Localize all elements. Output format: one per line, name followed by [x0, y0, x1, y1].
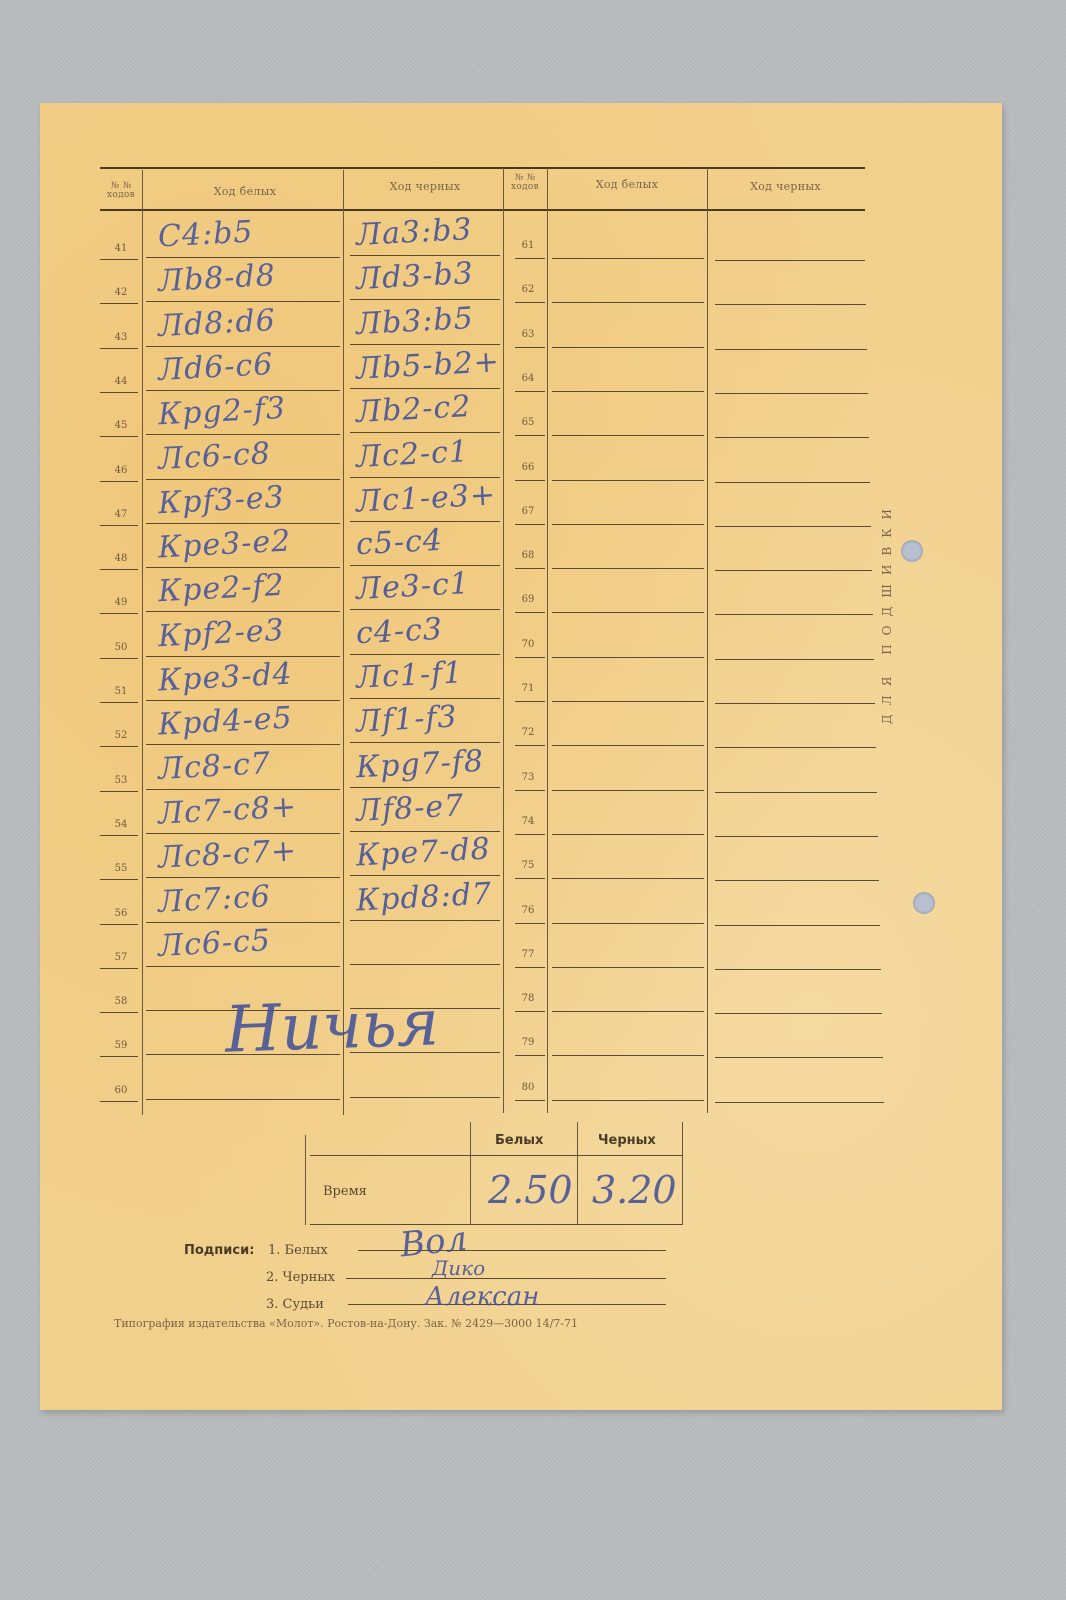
left-row-num-rule [100, 436, 138, 437]
black-move: Крd8:d7 [355, 876, 493, 918]
right-row-white-rule [552, 1100, 704, 1101]
white-move: Лc6-c8 [157, 436, 272, 477]
right-row-black-rule [715, 659, 874, 660]
right-row-number: 65 [513, 417, 543, 428]
time-box-right-line [682, 1122, 683, 1225]
black-move: Лe3-c1 [355, 566, 471, 607]
signature-black-line [346, 1278, 666, 1279]
right-row-white-rule [552, 435, 704, 436]
left-row-black-rule [350, 698, 500, 699]
left-row-number: 44 [106, 376, 136, 387]
right-row-num-rule [515, 967, 545, 968]
black-move: Лf8-e7 [355, 788, 465, 829]
left-row-number: 51 [106, 686, 136, 697]
left-row-number: 49 [106, 597, 136, 608]
time-white-value: 2.50 [488, 1168, 573, 1212]
right-row-num-rule [515, 480, 545, 481]
col-line-2 [343, 170, 344, 1115]
right-row-num-rule [515, 834, 545, 835]
right-row-black-rule [715, 260, 865, 261]
left-row-num-rule [100, 1012, 138, 1013]
white-move: Крe3-d4 [157, 656, 293, 698]
right-row-white-rule [552, 878, 704, 879]
left-row-number: 50 [106, 642, 136, 653]
right-row-number: 78 [513, 993, 543, 1004]
black-move: Лb2-c2 [355, 389, 472, 430]
left-row-num-rule [100, 569, 138, 570]
left-row-num-rule [100, 392, 138, 393]
left-row-num-rule [100, 1056, 138, 1057]
right-row-number: 67 [513, 506, 543, 517]
left-row-black-rule [350, 920, 500, 921]
black-move: Лd3-b3 [355, 256, 474, 297]
right-row-white-rule [552, 745, 704, 746]
left-row-white-rule [146, 523, 340, 524]
right-row-number: 73 [513, 772, 543, 783]
black-move: c5-c4 [355, 523, 444, 563]
left-row-white-rule [146, 611, 340, 612]
right-row-num-rule [515, 302, 545, 303]
left-row-black-rule [350, 432, 500, 433]
header-right-white: Ход белых [548, 178, 706, 191]
left-row-black-rule [350, 255, 500, 256]
binding-hole-bottom [913, 892, 935, 914]
right-row-black-rule [715, 792, 877, 793]
right-row-num-rule [515, 1011, 545, 1012]
left-row-white-rule [146, 257, 340, 258]
left-row-num-rule [100, 613, 138, 614]
right-row-white-rule [552, 923, 704, 924]
left-row-black-rule [350, 654, 500, 655]
left-row-white-rule [146, 833, 340, 834]
right-row-black-rule [715, 747, 876, 748]
right-row-white-rule [552, 391, 704, 392]
left-row-number: 47 [106, 509, 136, 520]
right-row-number: 75 [513, 860, 543, 871]
black-move: c4-c3 [355, 611, 444, 651]
right-row-num-rule [515, 568, 545, 569]
left-row-black-rule [350, 565, 500, 566]
right-row-black-rule [715, 880, 879, 881]
left-row-number: 58 [106, 996, 136, 1007]
right-row-black-rule [715, 925, 880, 926]
left-row-num-rule [100, 968, 138, 969]
right-row-white-rule [552, 258, 704, 259]
left-row-number: 57 [106, 952, 136, 963]
black-move: Лc1-e3+ [355, 477, 497, 519]
right-row-white-rule [552, 480, 704, 481]
right-row-number: 71 [513, 683, 543, 694]
left-row-white-rule [146, 966, 340, 967]
left-row-num-rule [100, 879, 138, 880]
signature-black-label: 2. Черных [266, 1270, 335, 1285]
left-row-number: 41 [106, 243, 136, 254]
white-move: Лc7-c8+ [157, 789, 298, 831]
header-left-white: Ход белых [145, 185, 345, 198]
result-handwritten: Ничья [224, 986, 441, 1067]
time-box-header-rule [310, 1155, 682, 1156]
left-row-number: 60 [106, 1085, 136, 1096]
binding-hole-top [901, 540, 923, 562]
left-row-num-rule [100, 702, 138, 703]
left-row-number: 56 [106, 908, 136, 919]
right-row-black-rule [715, 836, 878, 837]
right-row-number: 66 [513, 462, 543, 473]
time-label: Время [323, 1184, 367, 1199]
left-row-white-rule [146, 656, 340, 657]
white-move: Крe3-e2 [157, 524, 292, 566]
right-row-num-rule [515, 923, 545, 924]
left-row-white-rule [146, 1099, 340, 1100]
right-row-num-rule [515, 745, 545, 746]
left-row-number: 45 [106, 420, 136, 431]
right-row-num-rule [515, 524, 545, 525]
left-row-num-rule [100, 791, 138, 792]
right-row-num-rule [515, 435, 545, 436]
left-row-white-rule [146, 434, 340, 435]
signature-judge: Алексан [425, 1282, 539, 1312]
time-box-mid-line-2 [577, 1122, 578, 1225]
right-row-black-rule [715, 1057, 883, 1058]
black-move: Лb3:b5 [355, 301, 474, 342]
right-row-white-rule [552, 967, 704, 968]
left-row-number: 42 [106, 287, 136, 298]
right-row-black-rule [715, 614, 873, 615]
left-row-number: 43 [106, 332, 136, 343]
right-row-black-rule [715, 437, 869, 438]
left-row-num-rule [100, 525, 138, 526]
left-row-num-rule [100, 348, 138, 349]
signature-judge-label: 3. Судьи [266, 1297, 324, 1312]
left-row-num-rule [100, 924, 138, 925]
right-row-number: 62 [513, 284, 543, 295]
right-row-white-rule [552, 302, 704, 303]
right-row-black-rule [715, 393, 868, 394]
right-row-white-rule [552, 1011, 704, 1012]
white-move: Лc8-c7 [157, 746, 272, 787]
right-row-black-rule [715, 1013, 882, 1014]
left-row-black-rule [350, 1097, 500, 1098]
left-row-white-rule [146, 479, 340, 480]
white-move: С4:b5 [157, 215, 254, 255]
right-row-num-rule [515, 391, 545, 392]
left-row-num-rule [100, 303, 138, 304]
header-left-num-line2: ходов [100, 191, 142, 200]
left-row-num-rule [100, 1101, 138, 1102]
left-row-number: 46 [106, 465, 136, 476]
left-row-black-rule [350, 521, 500, 522]
header-right-black: Ход черных [708, 180, 863, 193]
white-move: Крg2-f3 [157, 391, 287, 433]
right-row-number: 79 [513, 1037, 543, 1048]
left-row-number: 59 [106, 1040, 136, 1051]
left-row-white-rule [146, 390, 340, 391]
white-move: Крe2-f2 [157, 568, 285, 610]
right-row-black-rule [715, 1102, 884, 1103]
right-row-number: 64 [513, 373, 543, 384]
right-row-white-rule [552, 834, 704, 835]
right-row-number: 77 [513, 949, 543, 960]
right-row-num-rule [515, 701, 545, 702]
left-row-num-rule [100, 658, 138, 659]
white-move: Лd6-c6 [157, 347, 274, 388]
left-row-black-rule [350, 787, 500, 788]
white-move: Лd8:d6 [157, 303, 276, 344]
right-row-black-rule [715, 570, 872, 571]
left-row-num-rule [100, 259, 138, 260]
right-row-num-rule [515, 1055, 545, 1056]
left-row-number: 54 [106, 819, 136, 830]
right-row-black-rule [715, 969, 881, 970]
col-line-1 [142, 170, 143, 1115]
right-row-num-rule [515, 1100, 545, 1101]
right-row-white-rule [552, 1055, 704, 1056]
left-row-num-rule [100, 746, 138, 747]
left-row-black-rule [350, 299, 500, 300]
right-row-number: 63 [513, 329, 543, 340]
left-row-number: 53 [106, 775, 136, 786]
black-move: Лb5-b2+ [355, 344, 501, 386]
col-line-3 [503, 168, 504, 1113]
right-row-number: 61 [513, 240, 543, 251]
header-right-num-line2: ходов [503, 183, 547, 192]
right-row-number: 72 [513, 727, 543, 738]
header-left-black: Ход черных [345, 180, 505, 193]
left-row-white-rule [146, 346, 340, 347]
left-row-num-rule [100, 835, 138, 836]
white-move: Крd4-e5 [157, 701, 293, 743]
signature-white-label: 1. Белых [268, 1243, 328, 1258]
black-move: Крe7-d8 [355, 832, 491, 874]
right-row-white-rule [552, 524, 704, 525]
right-row-number: 80 [513, 1082, 543, 1093]
side-binding-text: ДЛЯ ПОДШИВКИ [880, 500, 900, 724]
left-row-number: 55 [106, 863, 136, 874]
black-move: Ла3:b3 [355, 212, 473, 253]
right-row-num-rule [515, 790, 545, 791]
time-box-left-line [305, 1135, 306, 1225]
signatures-title: Подписи: [184, 1243, 254, 1258]
time-black-value: 3.20 [592, 1168, 677, 1212]
right-row-white-rule [552, 657, 704, 658]
black-move: Лf1-f3 [355, 700, 458, 740]
time-black-header: Черных [598, 1133, 656, 1148]
right-row-black-rule [715, 304, 866, 305]
left-row-black-rule [350, 964, 500, 965]
left-row-white-rule [146, 922, 340, 923]
right-row-black-rule [715, 349, 867, 350]
right-row-num-rule [515, 657, 545, 658]
left-row-black-rule [350, 388, 500, 389]
left-row-white-rule [146, 567, 340, 568]
signature-black: Дико [432, 1256, 485, 1280]
right-row-number: 68 [513, 550, 543, 561]
left-row-num-rule [100, 481, 138, 482]
right-row-num-rule [515, 347, 545, 348]
left-row-number: 52 [106, 730, 136, 741]
time-box-mid-line [470, 1122, 471, 1225]
header-right-move-number: № № ходов [503, 174, 547, 192]
left-row-white-rule [146, 744, 340, 745]
right-row-white-rule [552, 568, 704, 569]
right-row-num-rule [515, 612, 545, 613]
white-move: Лc7:c6 [157, 879, 272, 920]
header-left-move-number: № № ходов [100, 182, 142, 200]
right-row-number: 70 [513, 639, 543, 650]
time-white-header: Белых [495, 1133, 543, 1148]
white-move: Крf2-e3 [157, 612, 285, 654]
time-box-bottom-rule [310, 1224, 682, 1225]
right-row-black-rule [715, 526, 871, 527]
right-row-white-rule [552, 790, 704, 791]
left-row-black-rule [350, 875, 500, 876]
right-row-number: 76 [513, 905, 543, 916]
white-move: Лc6-c5 [157, 923, 272, 964]
right-row-black-rule [715, 482, 870, 483]
printer-footer: Типография издательства «Молот». Ростов-… [114, 1317, 578, 1330]
right-row-num-rule [515, 258, 545, 259]
right-row-white-rule [552, 612, 704, 613]
col-line-5 [707, 168, 708, 1113]
black-move: Крg7-f8 [355, 743, 485, 785]
left-row-number: 48 [106, 553, 136, 564]
left-row-white-rule [146, 877, 340, 878]
right-row-num-rule [515, 878, 545, 879]
right-row-number: 69 [513, 594, 543, 605]
black-move: Лc1-f1 [355, 655, 464, 696]
right-row-white-rule [552, 701, 704, 702]
right-row-number: 74 [513, 816, 543, 827]
header-bottom-rule [100, 209, 865, 211]
left-row-black-rule [350, 609, 500, 610]
left-row-white-rule [146, 700, 340, 701]
right-row-black-rule [715, 703, 875, 704]
black-move: Лc2-c1 [355, 434, 470, 475]
white-move: Крf3-e3 [157, 480, 285, 522]
header-top-rule [100, 167, 865, 169]
col-line-4 [547, 168, 548, 1113]
right-row-white-rule [552, 347, 704, 348]
left-row-white-rule [146, 789, 340, 790]
left-row-white-rule [146, 301, 340, 302]
white-move: Лb8-d8 [157, 258, 276, 299]
